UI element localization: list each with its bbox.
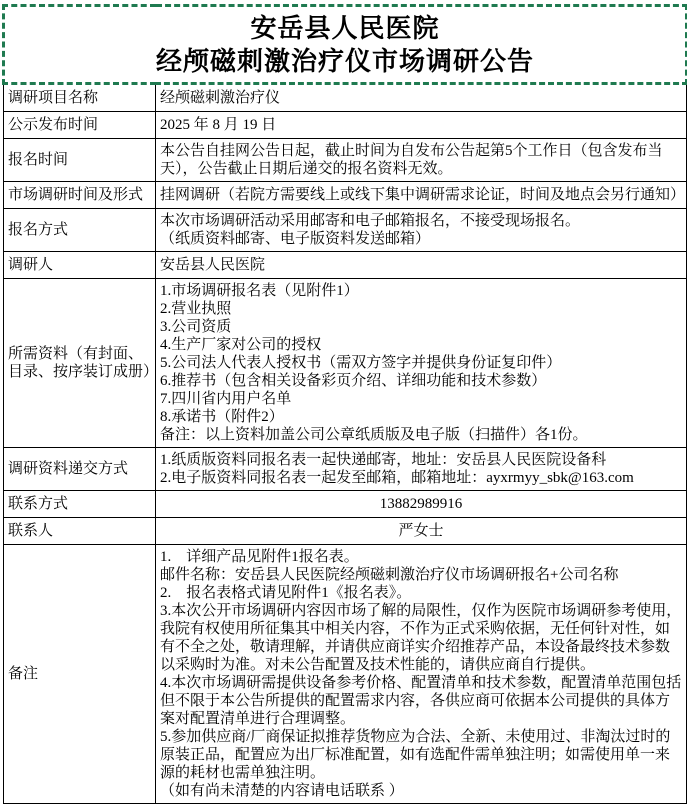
row-content: 安岳县人民医院 xyxy=(156,252,687,279)
table-row-required-materials: 所需资料（有封面、目录、按序装订成册） 1.市场调研报名表（见附件1） 2.营业… xyxy=(4,279,687,448)
remark-item: 3.本次公开市场调研内容因市场了解的局限性，仅作为医院市场调研参考使用，我院有权… xyxy=(160,602,682,674)
contact-phone: 13882989916 xyxy=(156,491,687,518)
row-content-line: 经颅磁刺激治疗仪 xyxy=(160,89,682,107)
row-label: 市场调研时间及形式 xyxy=(4,182,156,209)
row-content: 本公告自挂网公告日起，截止时间为自发布公告起第5个工作日（包含发布当天），公告截… xyxy=(156,139,687,182)
row-label: 报名方式 xyxy=(4,209,156,252)
row-content-line: 安岳县人民医院 xyxy=(160,256,682,274)
hospital-name: 安岳县人民医院 xyxy=(7,12,683,45)
row-content-line: 本次市场调研活动采用邮寄和电子邮箱报名，不接受现场报名。 xyxy=(160,212,682,230)
row-label: 调研人 xyxy=(4,252,156,279)
row-content: 1. 详细产品见附件1报名表。 邮件名称：安岳县人民医院经颅磁刺激治疗仪市场调研… xyxy=(156,545,687,804)
table-row-contact-phone: 联系方式 13882989916 xyxy=(4,491,687,518)
material-item: 5.公司法人代表人授权书（需双方签字并提供身份证复印件） xyxy=(160,354,682,372)
table-row-remarks: 备注 1. 详细产品见附件1报名表。 邮件名称：安岳县人民医院经颅磁刺激治疗仪市… xyxy=(4,545,687,804)
table-row-project-name: 调研项目名称 经颅磁刺激治疗仪 xyxy=(4,84,687,112)
row-content-line: 挂网调研（若院方需要线上或线下集中调研需求论证，时间及地点会另行通知） xyxy=(160,186,682,204)
table-row-publish-date: 公示发布时间 2025 年 8 月 19 日 xyxy=(4,112,687,139)
person-name: 严女士 xyxy=(160,522,682,540)
title-cell: 安岳县人民医院 经颅磁刺激治疗仪市场调研公告 xyxy=(4,6,687,84)
row-content: 经颅磁刺激治疗仪 xyxy=(156,84,687,112)
row-content: 1.市场调研报名表（见附件1） 2.营业执照 3.公司资质 4.生产厂家对公司的… xyxy=(156,279,687,448)
contact-person: 严女士 xyxy=(156,518,687,545)
row-content: 挂网调研（若院方需要线上或线下集中调研需求论证，时间及地点会另行通知） xyxy=(156,182,687,209)
announcement-table: 安岳县人民医院 经颅磁刺激治疗仪市场调研公告 调研项目名称 经颅磁刺激治疗仪 公… xyxy=(2,4,687,804)
table-row-surveyor: 调研人 安岳县人民医院 xyxy=(4,252,687,279)
row-label: 调研项目名称 xyxy=(4,84,156,112)
submission-item-email: 2.电子版资料同报名表一起发至邮箱，邮箱地址：ayxrmyy_sbk@163.c… xyxy=(160,469,682,487)
row-label: 公示发布时间 xyxy=(4,112,156,139)
title-row: 安岳县人民医院 经颅磁刺激治疗仪市场调研公告 xyxy=(4,6,687,84)
material-item: 8.承诺书（附件2） xyxy=(160,408,682,426)
row-label: 联系方式 xyxy=(4,491,156,518)
table-row-signup-method: 报名方式 本次市场调研活动采用邮寄和电子邮箱报名，不接受现场报名。 （纸质资料邮… xyxy=(4,209,687,252)
remark-item: 1. 详细产品见附件1报名表。 xyxy=(160,548,682,566)
table-row-signup-time: 报名时间 本公告自挂网公告日起，截止时间为自发布公告起第5个工作日（包含发布当天… xyxy=(4,139,687,182)
row-content-line: 本公告自挂网公告日起，截止时间为自发布公告起第5个工作日（包含发布当天），公告截… xyxy=(160,142,682,178)
table-row-submission-method: 调研资料递交方式 1.纸质版资料同报名表一起快递邮寄，地址：安岳县人民医院设备科… xyxy=(4,448,687,491)
remark-item: 邮件名称：安岳县人民医院经颅磁刺激治疗仪市场调研报名+公司名称 xyxy=(160,566,682,584)
material-item: 7.四川省内用户名单 xyxy=(160,390,682,408)
remark-item: （如有尚未清楚的内容请电话联系 ） xyxy=(160,782,682,800)
table-row-survey-time-form: 市场调研时间及形式 挂网调研（若院方需要线上或线下集中调研需求论证，时间及地点会… xyxy=(4,182,687,209)
row-content: 2025 年 8 月 19 日 xyxy=(156,112,687,139)
material-note: 备注：以上资料加盖公司公章纸质版及电子版（扫描件）各1份。 xyxy=(160,426,682,444)
material-item: 3.公司资质 xyxy=(160,318,682,336)
material-item: 1.市场调研报名表（见附件1） xyxy=(160,282,682,300)
row-label: 调研资料递交方式 xyxy=(4,448,156,491)
row-content: 本次市场调研活动采用邮寄和电子邮箱报名，不接受现场报名。 （纸质资料邮寄、电子版… xyxy=(156,209,687,252)
announcement-title: 经颅磁刺激治疗仪市场调研公告 xyxy=(7,45,683,78)
material-item: 6.推荐书（包含相关设备彩页介绍、详细功能和技术参数） xyxy=(160,372,682,390)
material-item: 2.营业执照 xyxy=(160,300,682,318)
row-content: 1.纸质版资料同报名表一起快递邮寄，地址：安岳县人民医院设备科 2.电子版资料同… xyxy=(156,448,687,491)
row-content-line: （纸质资料邮寄、电子版资料发送邮箱） xyxy=(160,230,682,248)
row-label: 备注 xyxy=(4,545,156,804)
remark-item: 5.参加供应商/厂商保证拟推荐货物应为合法、全新、未使用过、非淘汰过时的原装正品… xyxy=(160,728,682,782)
remark-item: 2. 报名表格式请见附件1《报名表》。 xyxy=(160,584,682,602)
announcement-sheet: 安岳县人民医院 经颅磁刺激治疗仪市场调研公告 调研项目名称 经颅磁刺激治疗仪 公… xyxy=(0,0,687,806)
material-item: 4.生产厂家对公司的授权 xyxy=(160,336,682,354)
phone-number: 13882989916 xyxy=(160,495,682,513)
publish-date: 2025 年 8 月 19 日 xyxy=(160,116,682,134)
row-label: 所需资料（有封面、目录、按序装订成册） xyxy=(4,279,156,448)
row-label: 联系人 xyxy=(4,518,156,545)
submission-item: 1.纸质版资料同报名表一起快递邮寄，地址：安岳县人民医院设备科 xyxy=(160,451,682,469)
remark-item: 4.本次市场调研需提供设备参考价格、配置清单和技术参数，配置清单范围包括但不限于… xyxy=(160,674,682,728)
table-row-contact-person: 联系人 严女士 xyxy=(4,518,687,545)
row-label: 报名时间 xyxy=(4,139,156,182)
